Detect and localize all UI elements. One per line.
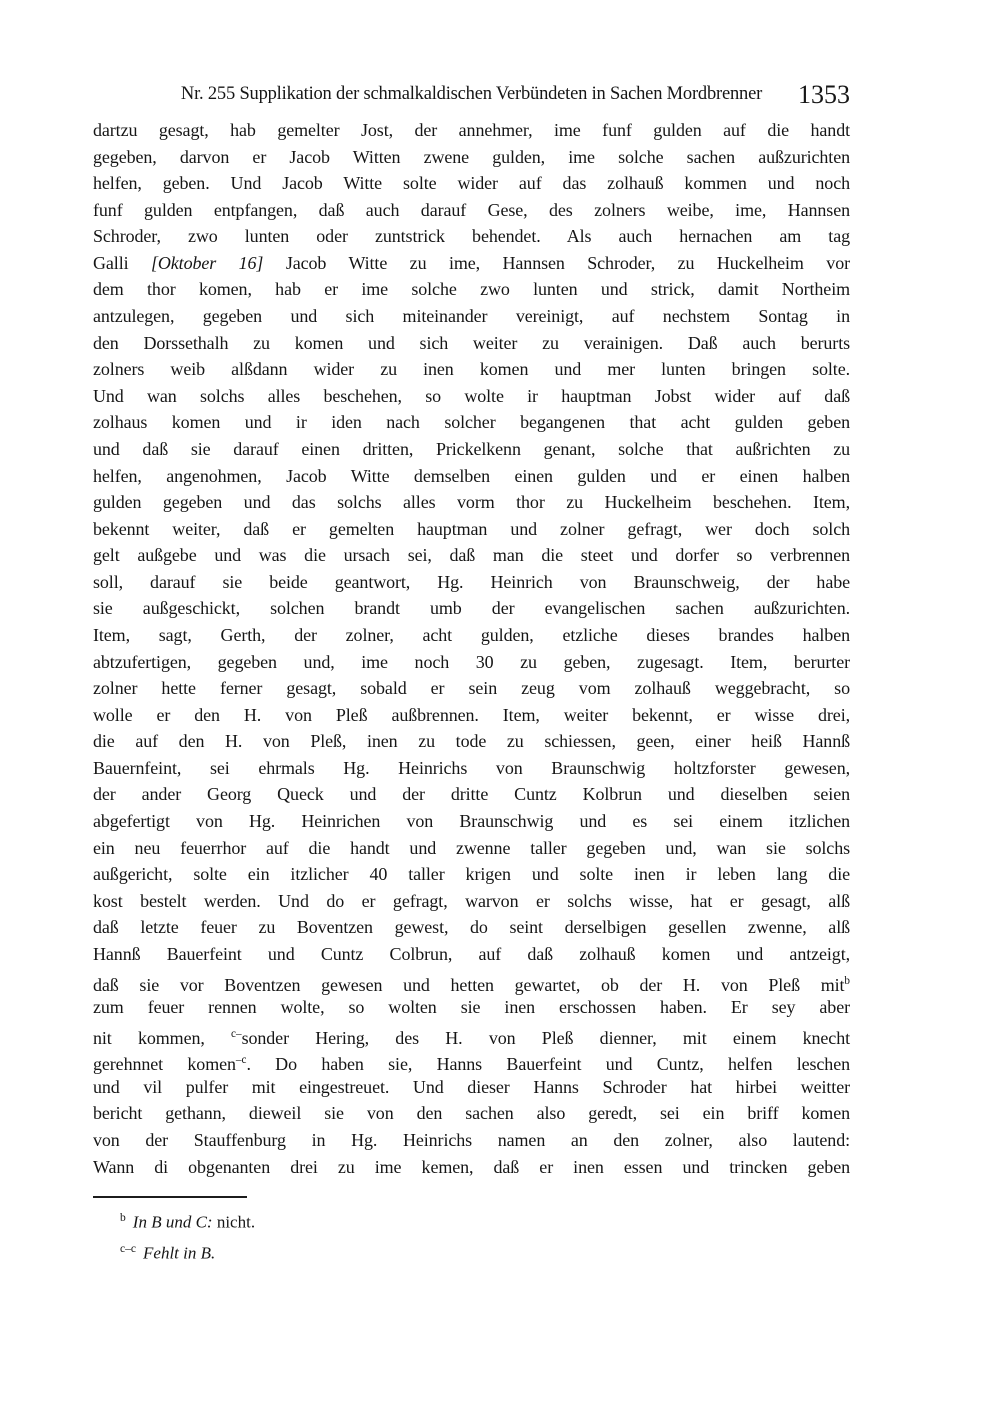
text-segment: außgericht, solte ein itzlicher 40 talle… [93,864,850,884]
body-line: daß letzte feuer zu Boventzen gewest, do… [93,914,850,941]
body-line: gulden gegeben und das solchs alles vorm… [93,489,850,516]
text-segment: den Dorssethalh zu komen und sich weiter… [93,333,850,353]
text-segment: gelt außgebe und was die ursach sei, daß… [93,545,850,565]
body-line: funf gulden entpfangen, daß auch darauf … [93,197,850,224]
body-line: ein neu feuerrhor auf die handt und zwen… [93,835,850,862]
text-segment: dartzu gesagt, hab gemelter Jost, der an… [93,120,850,140]
text-segment: zum feuer rennen wolte, so wolten sie in… [93,997,850,1017]
body-line: zolhaus komen und ir iden nach solcher b… [93,409,850,436]
text-segment: die auf den H. von Pleß, inen zu tode zu… [93,731,850,751]
text-segment: abtzufertigen, gegeben und, ime noch 30 … [93,652,850,672]
text-segment: Item, sagt, Gerth, der zolner, acht guld… [93,625,850,645]
body-line: von der Stauffenburg in Hg. Heinrichs na… [93,1127,850,1154]
text-segment: gulden gegeben und das solchs alles vorm… [93,492,850,512]
text-segment: Schroder, zwo lunten oder zuntstrick beh… [93,226,850,246]
body-line: zolners weib alßdann wider zu inen komen… [93,356,850,383]
text-segment: daß letzte feuer zu Boventzen gewest, do… [93,917,850,937]
footnote-marker: b [120,1211,126,1224]
text-segment: Fehlt in B. [143,1243,215,1262]
body-line: sie außgeschickt, solchen brandt umb der… [93,595,850,622]
text-segment: sie außgeschickt, solchen brandt umb der… [93,598,850,618]
body-line: Item, sagt, Gerth, der zolner, acht guld… [93,622,850,649]
body-line: zolner hette ferner gesagt, sobald er se… [93,675,850,702]
page-number: 1353 [798,82,850,108]
body-line: Galli [Oktober 16] Jacob Witte zu ime, H… [93,250,850,277]
footnote-reference: –c [236,1054,247,1066]
running-title: Nr. 255 Supplikation der schmalkaldische… [93,84,850,105]
body-line: helfen, angenohmen, Jacob Witte demselbe… [93,463,850,490]
body-line: und daß sie darauf einen dritten, Pricke… [93,436,850,463]
text-segment: Jacob Witte zu ime, Hannsen Schroder, zu… [263,253,850,273]
body-line: abgefertigt von Hg. Heinrichen von Braun… [93,808,850,835]
text-segment: von der Stauffenburg in Hg. Heinrichs na… [93,1130,850,1150]
body-line: Und wan solchs alles beschehen, so wolte… [93,383,850,410]
footnotes: bIn B und C: nicht.c–cFehlt in B. [93,1196,850,1266]
text-segment: und daß sie darauf einen dritten, Pricke… [93,439,850,459]
text-segment: helfen, geben. Und Jacob Witte solte wid… [93,173,850,193]
footnote-reference: c– [231,1028,242,1040]
text-segment: Wann di obgenanten drei zu ime kemen, da… [93,1157,850,1177]
text-segment: Galli [93,253,151,273]
text-segment: . Do haben sie, Hanns Bauerfeint und Cun… [246,1054,850,1074]
body-line: antzulegen, gegeben und sich miteinander… [93,303,850,330]
body-line: Schroder, zwo lunten oder zuntstrick beh… [93,223,850,250]
body-line: gerehnnet komen–c. Do haben sie, Hanns B… [93,1047,850,1074]
body-line: wolle er den H. von Pleß außbrennen. Ite… [93,702,850,729]
book-page: Nr. 255 Supplikation der schmalkaldische… [0,0,1004,1418]
text-segment: Bauernfeint, sei ehrmals Hg. Heinrichs v… [93,758,850,778]
text-segment: Und wan solchs alles beschehen, so wolte… [93,386,850,406]
text-segment: gerehnnet komen [93,1054,236,1074]
text-segment: daß sie vor Boventzen gewesen und hetten… [93,975,844,995]
body-line: den Dorssethalh zu komen und sich weiter… [93,330,850,357]
text-segment: nicht. [213,1213,256,1232]
page-header: Nr. 255 Supplikation der schmalkaldische… [93,76,850,108]
text-segment: Hannß Bauerfeint und Cuntz Colbrun, auf … [93,944,850,964]
text-segment: gegeben, darvon er Jacob Witten zwene gu… [93,147,850,167]
body-line: und vil pulfer mit eingestreuet. Und die… [93,1074,850,1101]
text-segment: funf gulden entpfangen, daß auch darauf … [93,200,850,220]
body-line: die auf den H. von Pleß, inen zu tode zu… [93,728,850,755]
text-segment: dem thor komen, hab er ime solche zwo lu… [93,279,850,299]
body-text: dartzu gesagt, hab gemelter Jost, der an… [93,117,850,1180]
body-line: dartzu gesagt, hab gemelter Jost, der an… [93,117,850,144]
text-segment: wolle er den H. von Pleß außbrennen. Ite… [93,705,850,725]
text-segment: nit kommen, [93,1028,231,1048]
text-segment: In B und C: [133,1213,213,1232]
footnote: bIn B und C: nicht. [93,1205,850,1236]
body-line: abtzufertigen, gegeben und, ime noch 30 … [93,649,850,676]
text-segment: soll, darauf sie beide geantwort, Hg. He… [93,572,850,592]
text-segment: und vil pulfer mit eingestreuet. Und die… [93,1077,850,1097]
body-line: gelt außgebe und was die ursach sei, daß… [93,542,850,569]
footnote-marker: c–c [120,1242,136,1255]
text-segment: zolhaus komen und ir iden nach solcher b… [93,412,850,432]
body-line: bekennt weiter, daß er gemelten hauptman… [93,516,850,543]
text-segment: [Oktober 16] [151,253,263,273]
body-line: kost bestelt werden. Und do er gefragt, … [93,888,850,915]
footnote-reference: b [844,975,850,987]
body-line: dem thor komen, hab er ime solche zwo lu… [93,276,850,303]
text-segment: kost bestelt werden. Und do er gefragt, … [93,891,850,911]
body-line: zum feuer rennen wolte, so wolten sie in… [93,994,850,1021]
body-line: soll, darauf sie beide geantwort, Hg. He… [93,569,850,596]
text-segment: zolner hette ferner gesagt, sobald er se… [93,678,850,698]
text-segment: bekennt weiter, daß er gemelten hauptman… [93,519,850,539]
text-segment: der ander Georg Queck und der dritte Cun… [93,784,850,804]
text-segment: ein neu feuerrhor auf die handt und zwen… [93,838,850,858]
body-line: daß sie vor Boventzen gewesen und hetten… [93,968,850,995]
body-line: der ander Georg Queck und der dritte Cun… [93,781,850,808]
text-segment: helfen, angenohmen, Jacob Witte demselbe… [93,466,850,486]
body-line: gegeben, darvon er Jacob Witten zwene gu… [93,144,850,171]
body-line: helfen, geben. Und Jacob Witte solte wid… [93,170,850,197]
text-segment: antzulegen, gegeben und sich miteinander… [93,306,850,326]
text-segment: bericht gethann, dieweil sie von den sac… [93,1103,850,1123]
footnote-separator [93,1196,247,1198]
footnote-list: bIn B und C: nicht.c–cFehlt in B. [93,1205,850,1266]
text-segment: abgefertigt von Hg. Heinrichen von Braun… [93,811,850,831]
text-segment: zolners weib alßdann wider zu inen komen… [93,359,850,379]
footnote: c–cFehlt in B. [93,1236,850,1267]
body-line: nit kommen, c–sonder Hering, des H. von … [93,1021,850,1048]
body-line: außgericht, solte ein itzlicher 40 talle… [93,861,850,888]
body-line: Bauernfeint, sei ehrmals Hg. Heinrichs v… [93,755,850,782]
body-line: bericht gethann, dieweil sie von den sac… [93,1100,850,1127]
text-segment: sonder Hering, des H. von Pleß dienner, … [242,1028,850,1048]
body-line: Hannß Bauerfeint und Cuntz Colbrun, auf … [93,941,850,968]
body-line: Wann di obgenanten drei zu ime kemen, da… [93,1154,850,1181]
